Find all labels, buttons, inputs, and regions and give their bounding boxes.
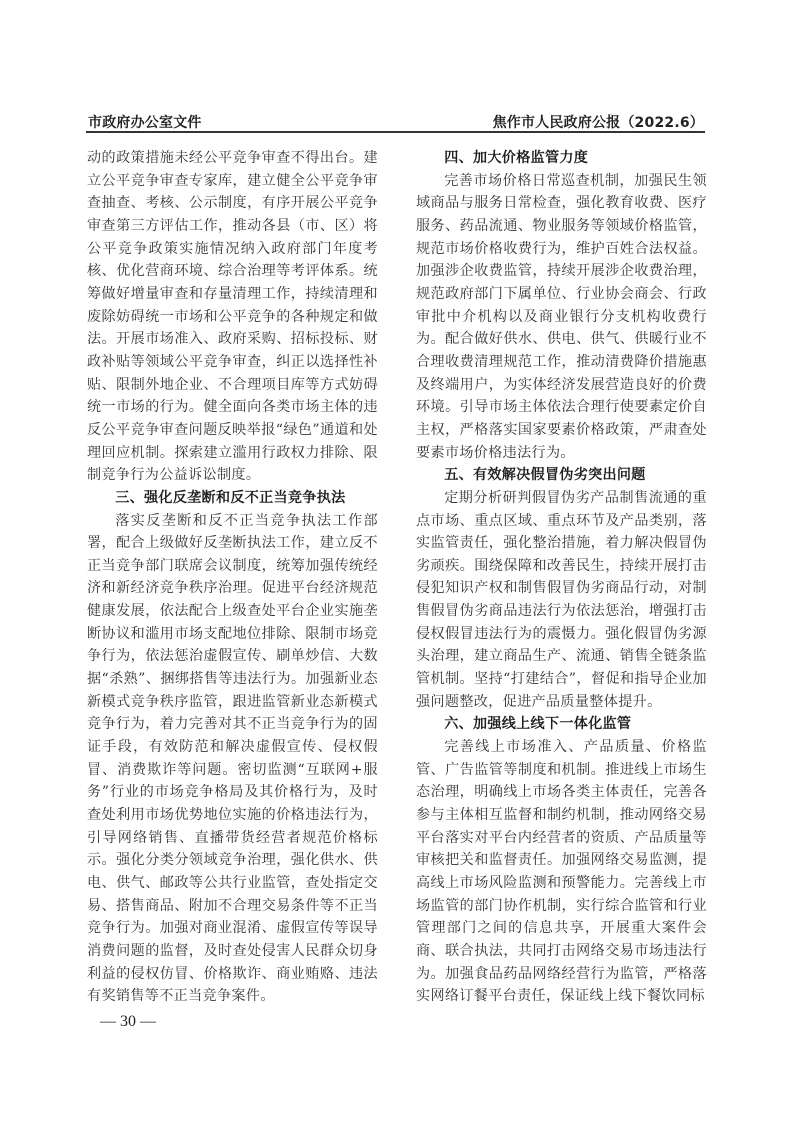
page-number: — 30 — [100, 1013, 156, 1031]
right-column: 四、加大价格监管力度 完善市场价格日常巡查机制，加强民生领域商品与服务日常检查，… [416, 147, 707, 1008]
left-column: 动的政策措施未经公平竞争审查不得出台。建立公平竞争审查专家库，建立健全公平竞争审… [87, 147, 378, 1008]
paragraph-section-6: 完善线上市场准入、产品质量、价格监管、广告监管等制度和机制。推进线上市场生态治理… [416, 736, 707, 1008]
paragraph-continued: 动的政策措施未经公平竞争审查不得出台。建立公平竞争审查专家库，建立健全公平竞争审… [87, 147, 378, 487]
paragraph-section-3: 落实反垄断和反不正当竞争执法工作部署，配合上级做好反垄断执法工作，建立反不正当竞… [87, 510, 378, 1008]
section-heading-5: 五、有效解决假冒伪劣突出问题 [416, 464, 707, 487]
section-heading-4: 四、加大价格监管力度 [416, 147, 707, 170]
running-header: 市政府办公室文件 焦作市人民政府公报（2022.6） [86, 110, 704, 132]
section-heading-3: 三、强化反垄断和反不正当竞争执法 [87, 487, 378, 510]
paragraph-section-5: 定期分析研判假冒伪劣产品制售流通的重点市场、重点区域、重点环节及产品类别，落实监… [416, 487, 707, 714]
header-publication-title: 焦作市人民政府公报（2022.6） [493, 112, 704, 132]
section-heading-6: 六、加强线上线下一体化监管 [416, 713, 707, 736]
paragraph-section-4: 完善市场价格日常巡查机制，加强民生领域商品与服务日常检查，强化教育收费、医疗服务… [416, 170, 707, 465]
header-section-title: 市政府办公室文件 [88, 112, 202, 132]
header-divider [86, 131, 705, 133]
